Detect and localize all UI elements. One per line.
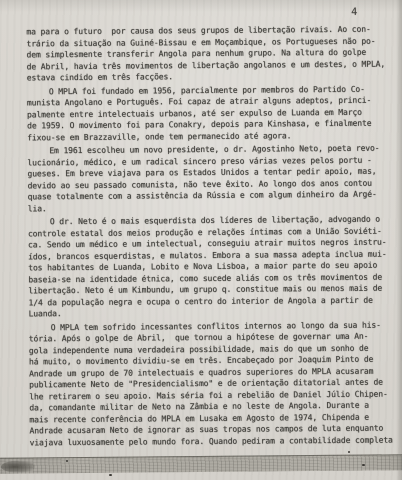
scanned-page: 4 ma para o futuro por causa dos seus gr… [0,0,402,480]
ink-speck [362,464,365,466]
scan-smudge [1,460,35,472]
text-line: estava cindido em três facções. [27,69,397,83]
paragraph: O MPLA foi fundado em 1956, parcialmente… [27,83,397,143]
paragraph: O dr. Neto é o mais esquerdista dos líde… [28,213,399,319]
paragraph: O MPLA tem sofrido incessantes conflitos… [29,319,400,448]
page-content: 4 ma para o futuro por causa dos seus gr… [0,0,402,480]
page-number: 4 [351,7,357,18]
document-text: ma para o futuro por causa dos seus grup… [26,23,399,448]
text-line: viajava luxuosamente pelo mundo fora. Qu… [30,434,400,448]
ink-speck [66,460,68,462]
ink-speck [348,451,350,453]
paragraph: Em 1961 escolheu um novo presidente, o d… [27,142,398,214]
text-line: fixou-se em Brazzaville, onde tem perman… [27,129,397,143]
paragraph: ma para o futuro por causa dos seus grup… [26,23,396,83]
ink-speck [109,474,112,476]
